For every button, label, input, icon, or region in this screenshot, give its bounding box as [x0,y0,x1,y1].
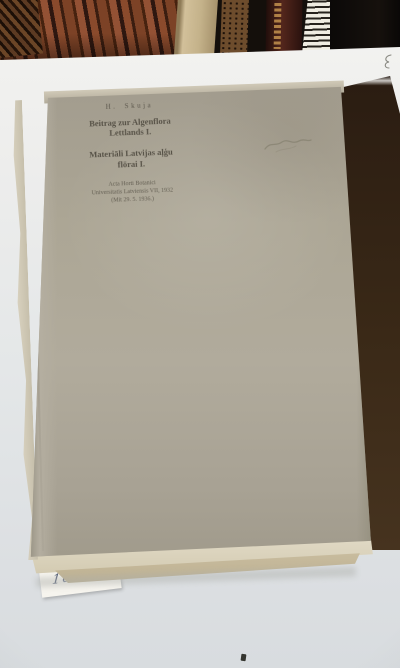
cover-text-block: H. Skuja Beitrag zur Algenflora Lettland… [54,99,207,206]
pencil-scribble [262,132,314,158]
cover-imprint: Acta Horti Botanici Universitatis Latvie… [57,177,208,207]
wicker-texture [0,0,43,58]
gilt-spine-lettering [274,3,282,49]
pen-squiggle-mark [381,53,395,71]
mottled-book-spine [220,0,249,58]
tan-book-spine [174,0,218,60]
pamphlet-cover: H. Skuja Beitrag zur Algenflora Lettland… [26,82,374,564]
photo-scene: 10304 ’ H. Skuja Beitrag zur Algenflora … [0,0,400,668]
cover-title-german: Beitrag zur Algenflora Lettlands I. [55,114,206,140]
cover-author: H. Skuja [54,99,204,112]
cover-title-latvian: Materiāli Latvijas aļģu flōrai I. [56,146,207,172]
dust-speck [241,654,247,662]
